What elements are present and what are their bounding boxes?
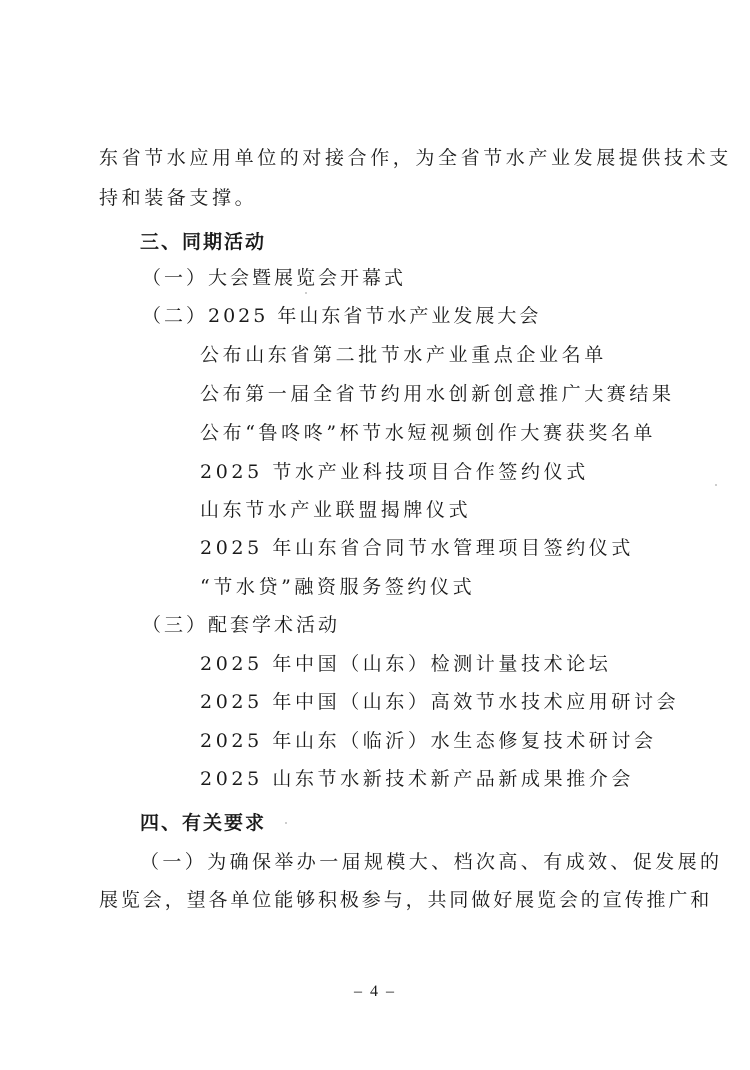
paragraph-line: 展览会，望各单位能够积极参与，共同做好展览会的宣传推广和 xyxy=(99,887,712,913)
list-item: 2025 年中国（山东）高效节水技术应用研讨会 xyxy=(200,689,679,715)
list-item: 2025 年山东省合同节水管理项目签约仪式 xyxy=(200,535,634,561)
list-item: “节水贷”融资服务签约仪式 xyxy=(200,574,475,600)
list-item: 2025 年中国（山东）检测计量技术论坛 xyxy=(200,651,611,677)
paragraph-line: （一）为确保举办一届规模大、档次高、有成效、促发展的 xyxy=(140,849,722,875)
list-item: 2025 山东节水新技术新产品新成果推介会 xyxy=(200,766,634,792)
scan-speck xyxy=(285,822,287,824)
section-heading-requirements: 四、有关要求 xyxy=(140,810,266,836)
scan-speck xyxy=(305,292,307,294)
paragraph-line: 东省节水应用单位的对接合作，为全省节水产业发展提供技术支 xyxy=(99,145,732,171)
list-item: 2025 年山东（临沂）水生态修复技术研讨会 xyxy=(200,728,657,754)
list-item: 山东节水产业联盟揭牌仪式 xyxy=(200,497,471,523)
list-item: 公布“鲁咚咚”杯节水短视频创作大赛获奖名单 xyxy=(200,420,656,446)
paragraph-line: 持和装备支撑。 xyxy=(99,185,257,211)
list-item: 公布第一届全省节约用水创新创意推广大赛结果 xyxy=(200,381,675,407)
list-item: 公布山东省第二批节水产业重点企业名单 xyxy=(200,342,607,368)
scan-speck xyxy=(715,484,717,486)
subsection-opening-ceremony: （一）大会暨展览会开幕式 xyxy=(142,265,406,291)
subsection-academic: （三）配套学术活动 xyxy=(142,612,340,638)
list-item: 2025 节水产业科技项目合作签约仪式 xyxy=(200,459,589,485)
section-heading-activities: 三、同期活动 xyxy=(140,229,266,255)
page-number: – 4 – xyxy=(0,983,750,1001)
subsection-conference: （二）2025 年山东省节水产业发展大会 xyxy=(142,303,541,329)
